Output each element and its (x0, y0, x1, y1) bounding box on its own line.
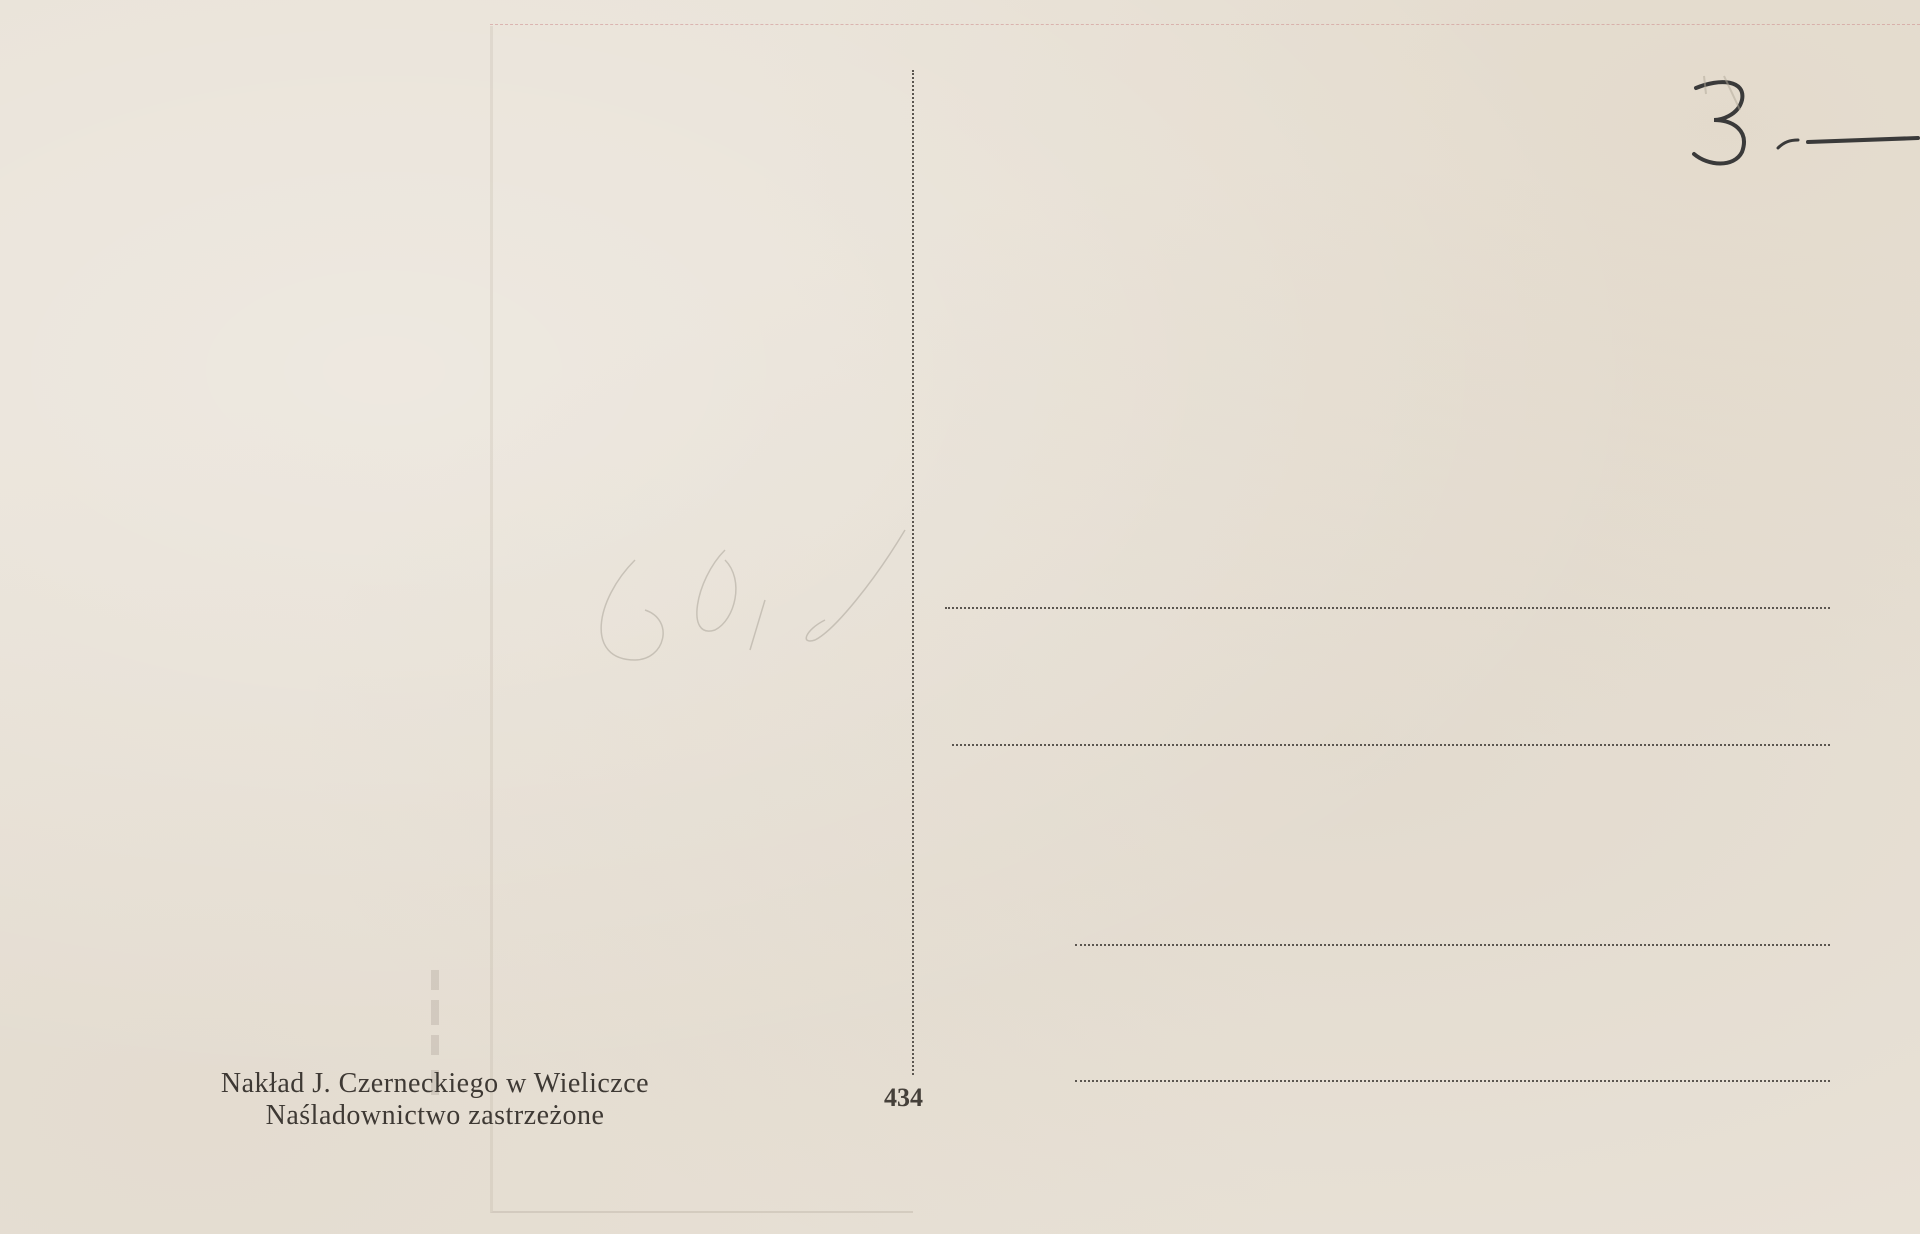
publisher-imprint: Nakład J. Czerneckiego w Wieliczce Naśla… (130, 1068, 740, 1132)
postcard-back: Nakład J. Czerneckiego w Wieliczce Naśla… (0, 0, 1920, 1234)
message-address-divider (912, 70, 914, 1075)
handwritten-price-mark (1680, 70, 1920, 170)
address-line-4 (1075, 1080, 1830, 1082)
publisher-line-1: Nakład J. Czerneckiego w Wieliczce (130, 1068, 740, 1100)
top-edge-pink-line (490, 24, 1920, 25)
address-line-3 (1075, 944, 1830, 946)
series-number: 434 (884, 1083, 923, 1113)
faint-pencil-scribble (575, 520, 915, 670)
address-line-2 (952, 744, 1830, 746)
publisher-line-2: Naśladownictwo zastrzeżone (130, 1100, 740, 1132)
address-line-1 (945, 607, 1830, 609)
